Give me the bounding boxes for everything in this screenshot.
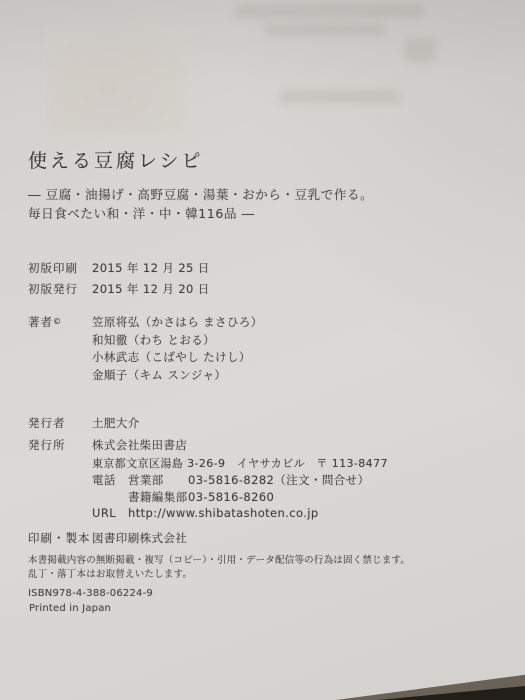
- publisher-address: 東京都文京区湯島 3-26-9 イヤサカビル 〒 113-8477: [92, 455, 388, 471]
- issuer-label: 発行者: [28, 415, 66, 431]
- phone-editorial-row: 書籍編集部03-5816-8260: [128, 489, 274, 505]
- authors-label-text: 著者: [28, 315, 53, 329]
- author-name: 金順子（キム スンジャ）: [92, 367, 263, 385]
- author-name: 笠原将弘（かさはら まさひろ）: [92, 314, 263, 332]
- showthrough-text-ghost: [235, 4, 425, 18]
- first-print-label: 初版印刷: [28, 260, 78, 276]
- first-print-date: 2015 年 12 月 25 日: [92, 260, 210, 276]
- book-title: 使える豆腐レシピ: [28, 146, 204, 173]
- showthrough-photo-ghost: [45, 28, 185, 133]
- url-label: URL: [92, 506, 128, 520]
- printing-company: 図書印刷株式会社: [92, 530, 187, 546]
- copyright-symbol: ©: [53, 317, 62, 326]
- url-value: http://www.shibatashoten.co.jp: [128, 506, 319, 520]
- authors-list: 笠原将弘（かさはら まさひろ） 和知徹（わち とおる） 小林武志（こばやし たけ…: [92, 314, 263, 384]
- legal-notice-line1: 本書掲載内容の無断掲載・複写（コピー）・引用・データ配信等の行為は固く禁じます。: [28, 552, 410, 566]
- publisher-label: 発行所: [28, 437, 66, 453]
- printed-in-japan: Printed in Japan: [29, 603, 111, 614]
- phone-label: 電話: [92, 472, 128, 488]
- showthrough-text-ghost: [265, 24, 385, 36]
- book-colophon-page: 使える豆腐レシピ ― 豆腐・油揚げ・高野豆腐・湯葉・おから・豆乳で作る。 毎日食…: [0, 0, 525, 700]
- phone-sales-row: 電話営業部03-5816-8282（注文・問合せ）: [92, 472, 369, 488]
- issuer-name: 土肥大介: [92, 415, 140, 431]
- book-subtitle-line1: ― 豆腐・油揚げ・高野豆腐・湯葉・おから・豆乳で作る。: [28, 185, 373, 203]
- sales-dept-number: 03-5816-8282（注文・問合せ）: [188, 473, 369, 487]
- isbn: ISBN978-4-388-06224-9: [28, 588, 153, 599]
- publisher-company: 株式会社柴田書店: [92, 437, 187, 453]
- author-name: 和知徹（わち とおる）: [92, 332, 263, 350]
- first-issue-label: 初版発行: [28, 281, 78, 297]
- authors-label: 著者©: [28, 314, 62, 330]
- first-issue-date: 2015 年 12 月 20 日: [92, 281, 210, 297]
- legal-notice-line2: 乱丁・落丁本はお取替えいたします。: [28, 566, 192, 580]
- book-subtitle-line2: 毎日食べたい和・洋・中・韓116品 ―: [28, 204, 255, 222]
- showthrough-text-ghost: [405, 38, 435, 62]
- showthrough-text-ghost: [280, 90, 400, 103]
- printing-label: 印刷・製本: [28, 530, 91, 546]
- url-row: URLhttp://www.shibatashoten.co.jp: [92, 506, 319, 520]
- author-name: 小林武志（こばやし たけし）: [92, 349, 263, 367]
- editorial-dept-number: 03-5816-8260: [188, 490, 274, 504]
- sales-dept-label: 営業部: [128, 472, 188, 488]
- editorial-dept-label: 書籍編集部: [128, 489, 188, 505]
